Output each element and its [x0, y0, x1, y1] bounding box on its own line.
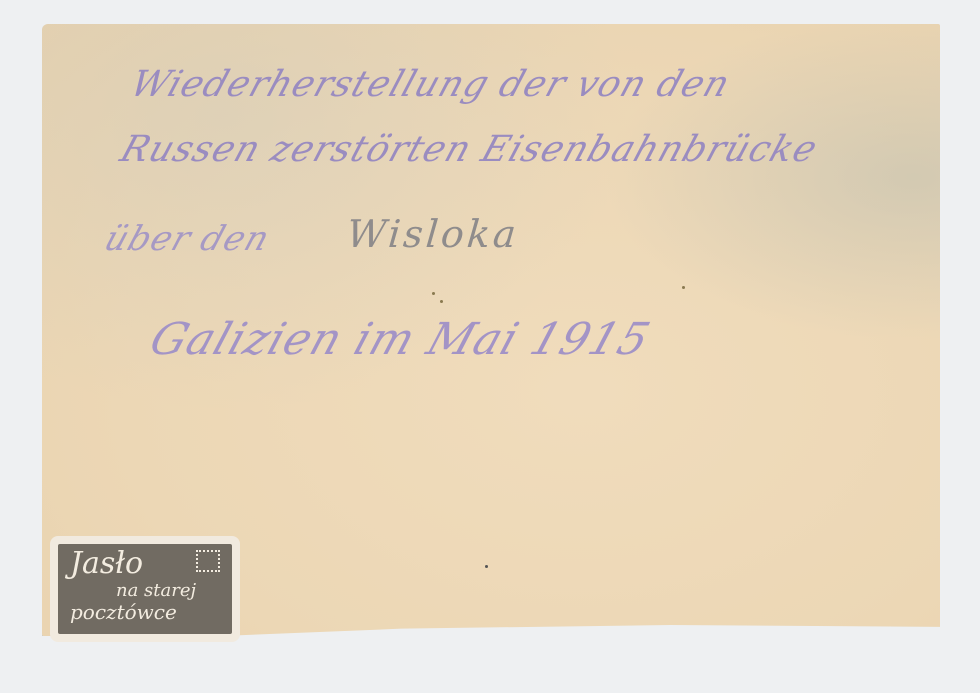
watermark-logo: Jasło na starej pocztówce: [50, 536, 240, 642]
handwriting-line-1: Wiederherstellung der von den: [125, 64, 735, 105]
handwriting-line-3: über den: [100, 219, 276, 259]
handwriting-date-line: Galizien im Mai 1915: [144, 314, 657, 365]
paper-speck: [682, 286, 685, 289]
watermark-panel: Jasło na starej pocztówce: [58, 544, 232, 634]
paper-speck: [485, 565, 488, 568]
handwriting-place-name: Wisloka: [345, 212, 521, 256]
paper-speck: [432, 292, 435, 295]
handwriting-line-2: Russen zerstörten Eisenbahnbrücke: [115, 129, 823, 170]
watermark-line-3: pocztówce: [70, 600, 177, 624]
watermark-line-2: na starej: [116, 580, 196, 601]
paper-speck: [440, 300, 443, 303]
stamp-icon: [196, 550, 220, 572]
watermark-title: Jasło: [70, 546, 143, 581]
